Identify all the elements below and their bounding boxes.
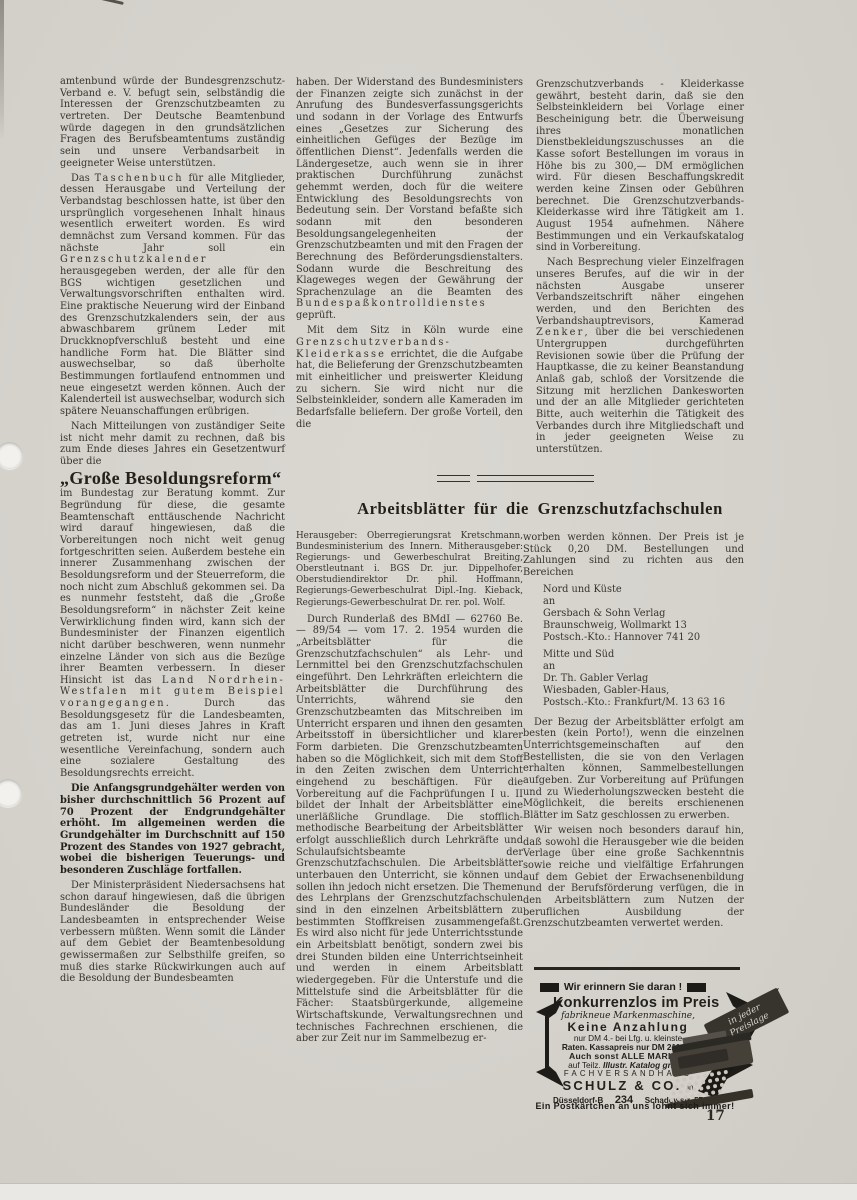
address-line: an [543, 661, 744, 673]
paragraph: amtenbund würde der Bundesgrenzschutz-Ve… [60, 76, 285, 169]
ad-footer-slogan: Ein Postkärtchen an uns lohnt sich immer… [531, 1101, 739, 1111]
punch-hole-top [0, 442, 23, 469]
ad-reminder-text: Wir erinnern Sie daran ! [564, 981, 682, 993]
article2-column-1: Herausgeber: Oberregierungsrat Kretschma… [296, 531, 523, 1096]
paragraph: Grenzschutzverbands - Kleiderkasse gewäh… [536, 79, 744, 254]
paragraph: im Bundestag zur Beratung kommt. Zur Beg… [60, 488, 285, 779]
besoldungsreform-heading: „Große Besoldungsreform“ [60, 473, 285, 485]
editors-credit: Herausgeber: Oberregierungsrat Kretschma… [296, 531, 523, 609]
address-line: Gersbach & Sohn Verlag [543, 608, 744, 620]
article2-headline: Arbeitsblätter für die Grenzschutzfachsc… [325, 499, 755, 519]
section-divider-rule [477, 475, 594, 482]
address-line: Postsch.-Kto.: Hannover 741 20 [543, 632, 744, 644]
address-line: Dr. Th. Gabler Verlag [543, 673, 744, 685]
paragraph: Mit dem Sitz in Köln wurde eine Grenzsch… [296, 325, 523, 430]
region-title: Mitte und Süd [543, 649, 744, 661]
page-bottom-edge [0, 1183, 857, 1200]
article1-column-2: haben. Der Widerstand des Bundesminister… [296, 77, 523, 469]
ad-decorative-bar [687, 983, 706, 992]
scan-edge-shadow [0, 0, 4, 140]
paragraph: Der Ministerpräsident Niedersachsens hat… [60, 880, 285, 985]
ad-reminder-line: Wir erinnern Sie daran ! [532, 981, 714, 993]
address-block-south: Mitte und Süd an Dr. Th. Gabler Verlag W… [543, 649, 744, 709]
paragraph: worben werden können. Der Preis ist je S… [523, 532, 744, 579]
paragraph: Nach Besprechung vieler Einzelfragen uns… [536, 257, 744, 455]
scan-pen-mark [88, 0, 124, 5]
address-line: an [543, 596, 744, 608]
paragraph: Wir weisen noch besonders darauf hin, da… [523, 825, 744, 930]
paragraph: Das Taschenbuch für alle Mitglieder, des… [60, 173, 285, 418]
article1-column-3: Grenzschutzverbands - Kleiderkasse gewäh… [536, 79, 744, 464]
ad-top-rule [534, 967, 740, 970]
ad-decorative-bar [540, 983, 559, 992]
article2-column-2: worben werden können. Der Preis ist je S… [523, 532, 744, 964]
paragraph: Der Bezug der Arbeitsblätter erfolgt am … [523, 717, 744, 822]
address-block-north: Nord und Küste an Gersbach & Sohn Verlag… [543, 584, 744, 644]
paragraph: haben. Der Widerstand des Bundesminister… [296, 77, 523, 322]
article1-column-1: amtenbund würde der Bundesgrenzschutz-Ve… [60, 76, 285, 1106]
paragraph: Durch Runderlaß des BMdI — 62760 Be. — 8… [296, 614, 523, 1045]
ad-typewriter-illustration: in jeder Preislage [530, 978, 808, 1108]
section-divider-rule [437, 475, 470, 482]
address-line: Postsch.-Kto.: Frankfurt/M. 13 63 16 [543, 697, 744, 709]
address-line: Wiesbaden, Gabler-Haus, [543, 685, 744, 697]
scanned-magazine-page: amtenbund würde der Bundesgrenzschutz-Ve… [0, 0, 857, 1200]
region-title: Nord und Küste [543, 584, 744, 596]
address-line: Braunschweig, Wollmarkt 13 [543, 620, 744, 632]
punch-hole-bottom [0, 779, 22, 807]
ad-left-bracket [536, 999, 564, 1087]
paragraph: Nach Mitteilungen von zuständiger Seite … [60, 421, 285, 468]
paragraph-bold: Die Anfangsgrundgehälter werden von bish… [60, 783, 285, 876]
